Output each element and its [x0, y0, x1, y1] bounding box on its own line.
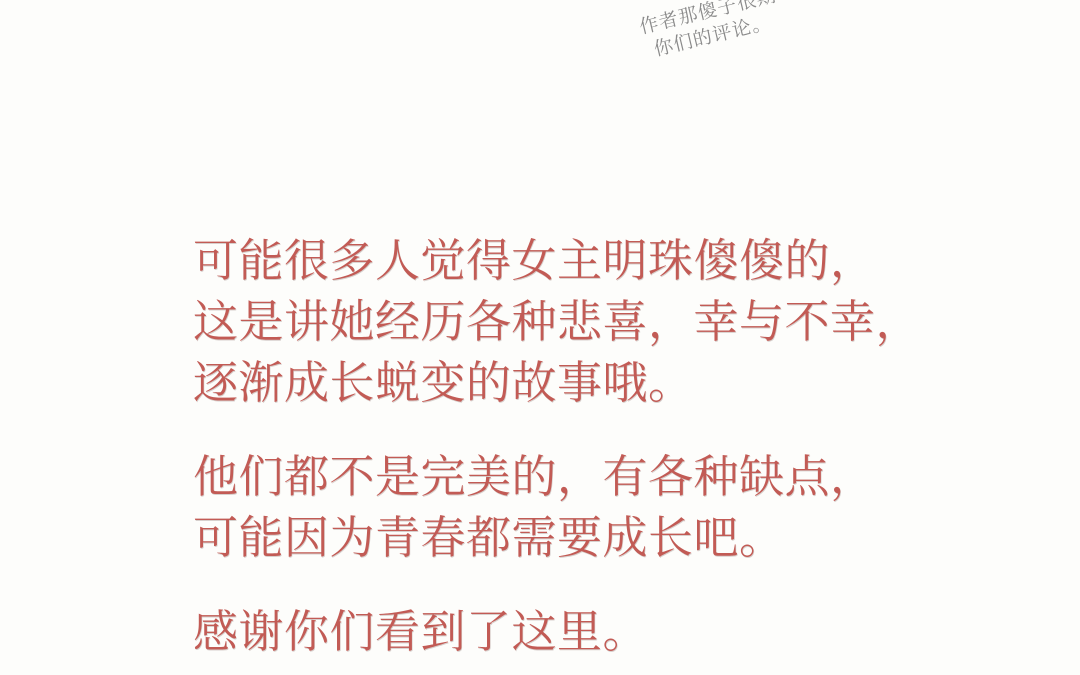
paragraph: 可能很多人觉得女主明珠傻傻的， 这是讲她经历各种悲喜，幸与不幸， 逐渐成长蜕变的…	[193, 230, 921, 413]
body-line: 感谢你们看到了这里。	[193, 601, 921, 662]
body-line: 他们都不是完美的，有各种缺点，	[193, 446, 921, 507]
comic-author-note-page: 作者那傻子很期 你们的评论。 可能很多人觉得女主明珠傻傻的， 这是讲她经历各种悲…	[0, 0, 1080, 675]
corner-note: 作者那傻子很期 你们的评论。	[637, 0, 785, 65]
paragraph: 感谢你们看到了这里。	[193, 601, 921, 662]
body-line: 这是讲她经历各种悲喜，幸与不幸，	[193, 291, 921, 352]
author-message: 可能很多人觉得女主明珠傻傻的， 这是讲她经历各种悲喜，幸与不幸， 逐渐成长蜕变的…	[193, 230, 921, 662]
paragraph: 他们都不是完美的，有各种缺点， 可能因为青春都需要成长吧。	[193, 446, 921, 568]
body-line: 可能很多人觉得女主明珠傻傻的，	[193, 230, 921, 291]
body-line: 逐渐成长蜕变的故事哦。	[193, 352, 921, 413]
body-line: 可能因为青春都需要成长吧。	[193, 507, 921, 568]
